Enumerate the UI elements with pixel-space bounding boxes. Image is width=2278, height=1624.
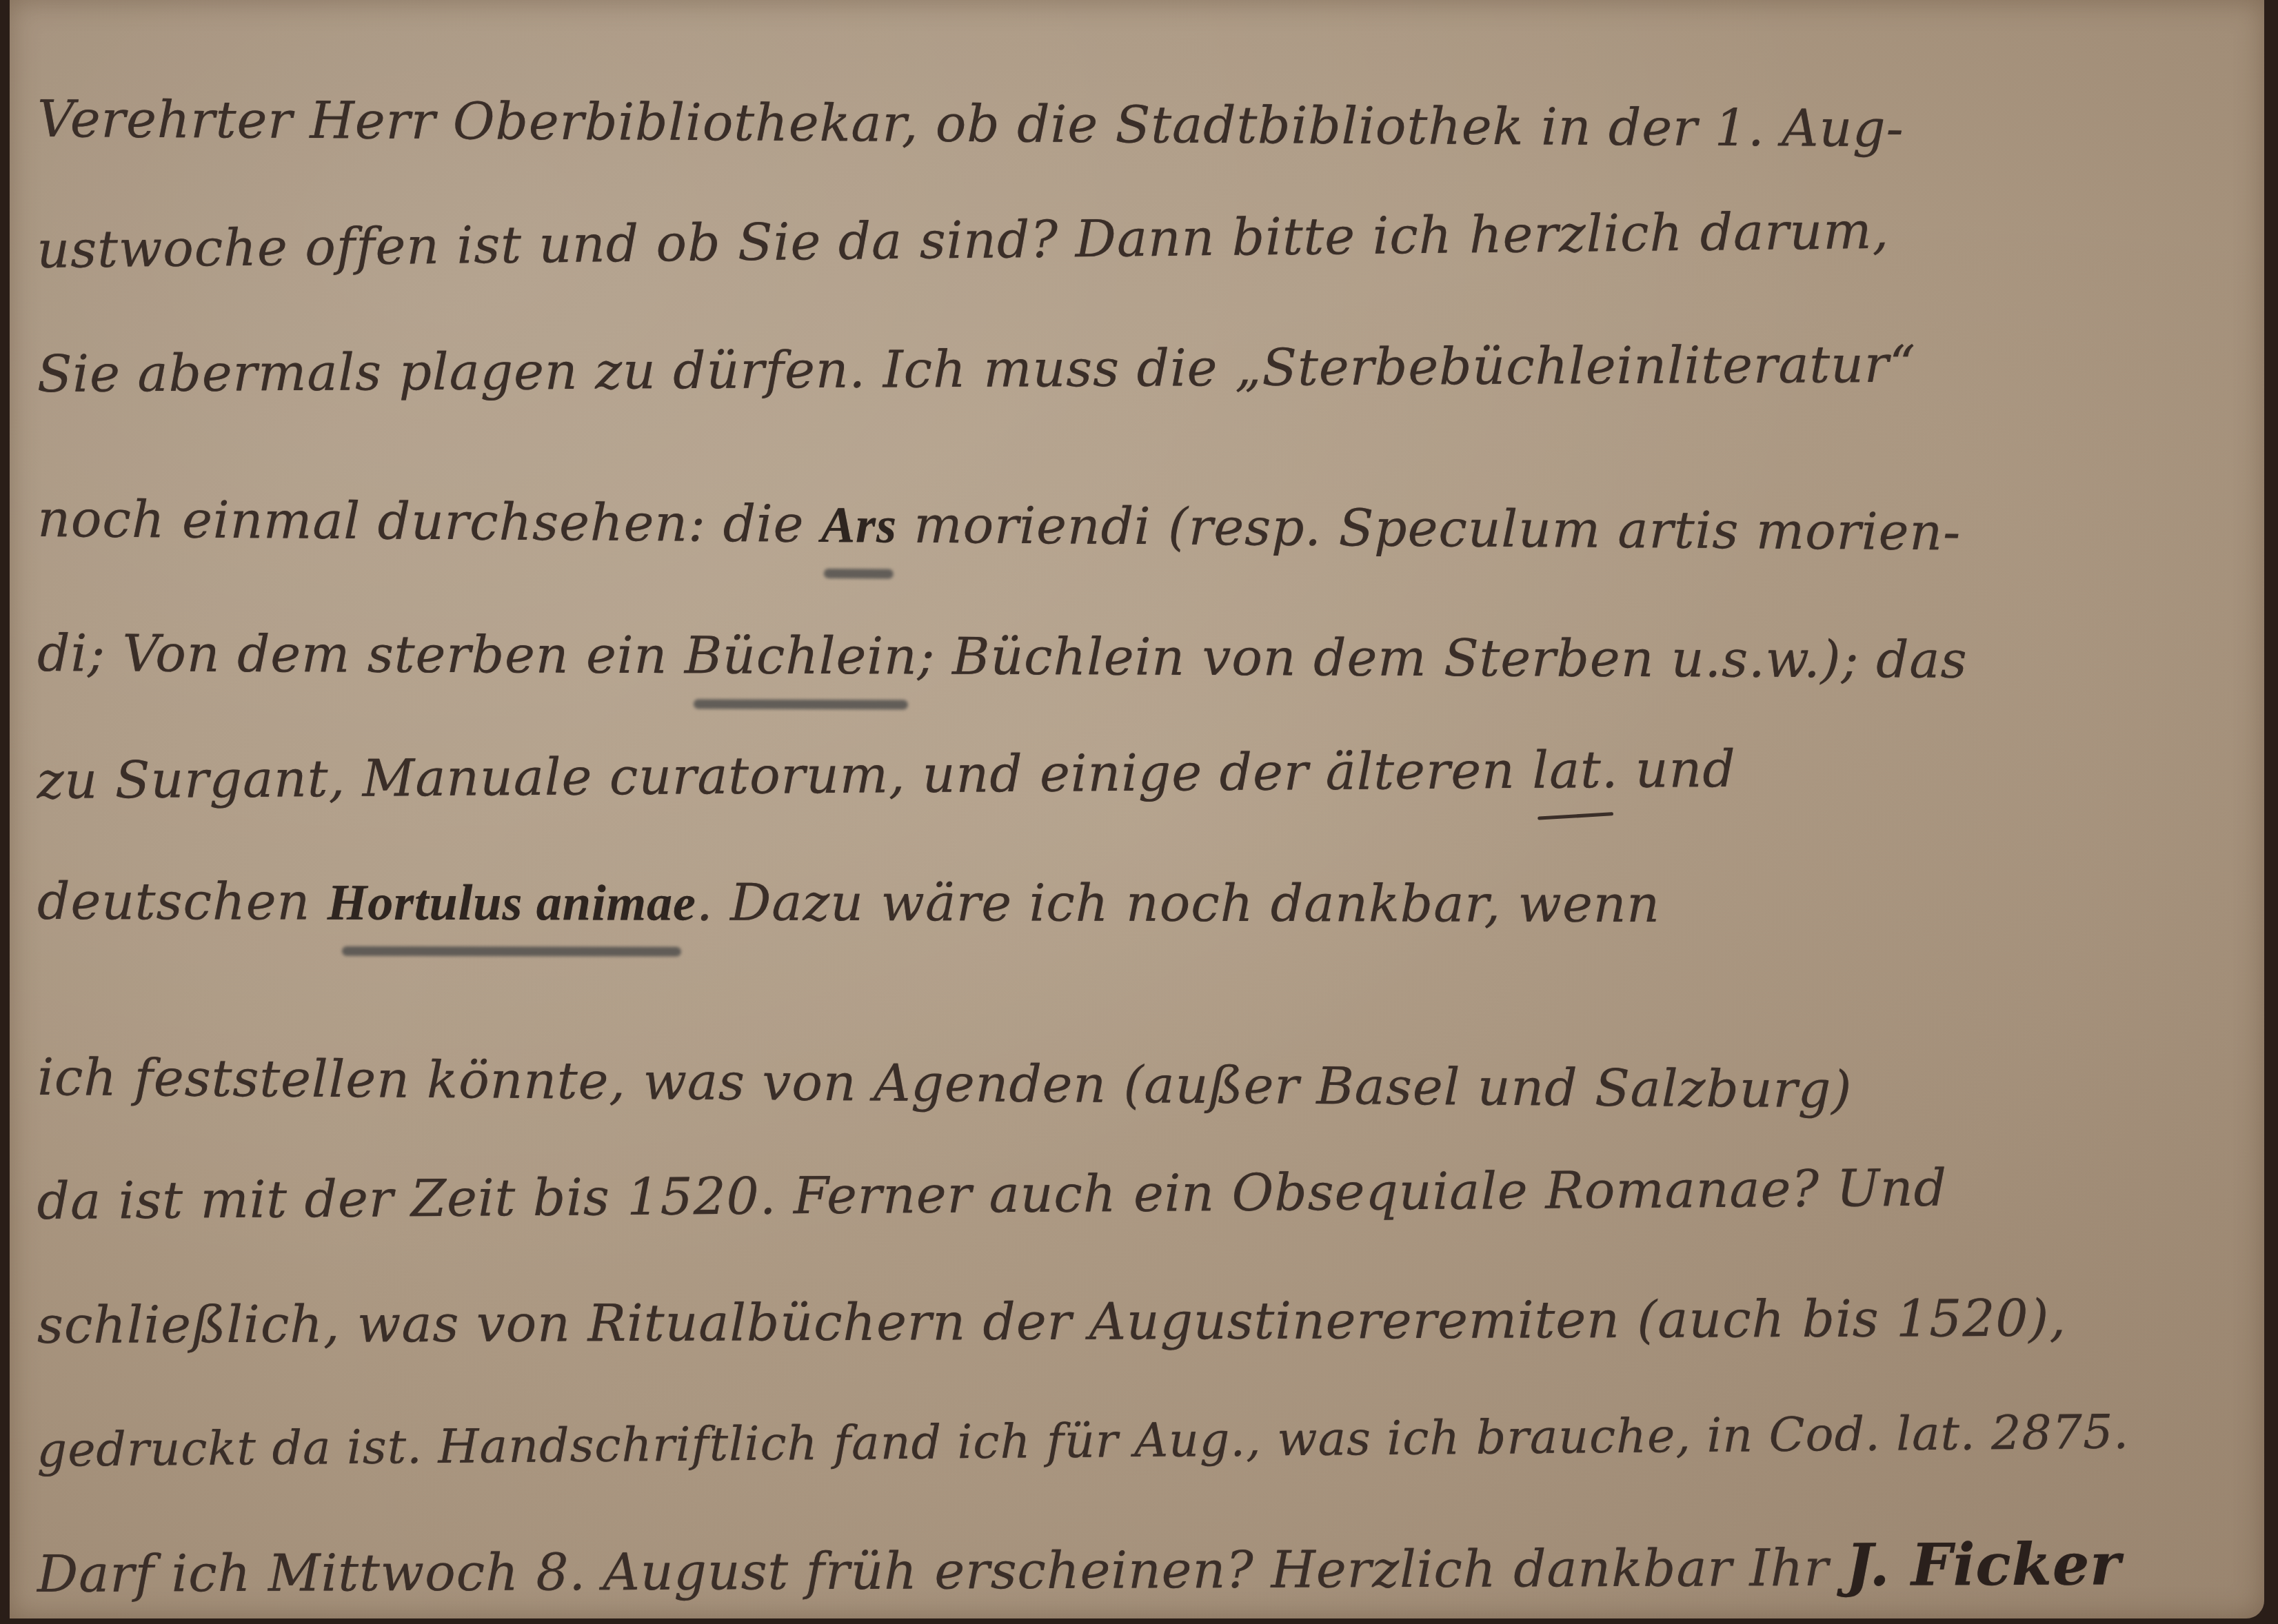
text-line-5: di; Von dem sterben ein Büchlein; Büchle… (37, 624, 1968, 690)
text-line-2: ustwoche offen ist und ob Sie da sind? D… (37, 201, 1889, 280)
underlined-term-hortulus: Hortulus animae (327, 874, 696, 933)
line-text-post: moriendi (resp. Speculum artis morien- (897, 496, 1962, 562)
line-text-pre: noch einmal durchsehen: die (37, 489, 821, 554)
line-text-pre: zu Surgant, Manuale curatorum, und einig… (37, 741, 1532, 811)
line-text: ich feststellen könnte, was von Agenden … (37, 1048, 1852, 1119)
text-line-11: gedruckt da ist. Handschriftlich fand ic… (37, 1405, 2129, 1478)
line-text-post: ; Büchlein von dem Sterben u.s.w.); das (918, 627, 1968, 689)
line-text-post: . Dazu wäre ich noch dankbar, wenn (696, 873, 1660, 934)
line-text: Sie abermals plagen zu dürfen. Ich muss … (37, 335, 1917, 404)
text-line-3: Sie abermals plagen zu dürfen. Ich muss … (37, 335, 1917, 404)
line-text: Darf ich Mittwoch 8. August früh erschei… (37, 1539, 1829, 1604)
text-line-9: da ist mit der Zeit bis 1520. Ferner auc… (37, 1159, 1947, 1231)
line-text-post: und (1618, 740, 1736, 800)
line-text: ustwoche offen ist und ob Sie da sind? D… (37, 201, 1889, 280)
line-text: da ist mit der Zeit bis 1520. Ferner auc… (37, 1159, 1947, 1231)
text-line-8: ich feststellen könnte, was von Agenden … (37, 1048, 1852, 1119)
text-line-6: zu Surgant, Manuale curatorum, und einig… (37, 740, 1735, 811)
text-line-7: deutschen Hortulus animae. Dazu wäre ich… (37, 872, 1660, 935)
postcard: Verehrter Herr Oberbibliothekar, ob die … (10, 0, 2264, 1618)
line-text-pre: deutschen (37, 872, 327, 932)
text-line-1: Verehrter Herr Oberbibliothekar, ob die … (37, 90, 1904, 159)
line-text: schließlich, was von Ritualbüchern der A… (37, 1289, 2066, 1355)
underlined-term-buechlein: Büchlein (685, 626, 918, 686)
text-line-12: Darf ich Mittwoch 8. August früh erschei… (37, 1530, 2121, 1605)
underlined-term-lat: lat. (1532, 740, 1619, 800)
line-text: Verehrter Herr Oberbibliothekar, ob die … (37, 90, 1904, 159)
photo-background: Verehrter Herr Oberbibliothekar, ob die … (0, 0, 2278, 1624)
underlined-term-ars: Ars (821, 496, 898, 556)
signature: J. Ficker (1846, 1530, 2121, 1598)
line-text-pre: di; Von dem sterben ein (37, 624, 685, 685)
text-line-4: noch einmal durchsehen: die Ars moriendi… (37, 489, 1961, 562)
line-text: gedruckt da ist. Handschriftlich fand ic… (37, 1405, 2129, 1478)
text-line-10: schließlich, was von Ritualbüchern der A… (37, 1289, 2066, 1355)
